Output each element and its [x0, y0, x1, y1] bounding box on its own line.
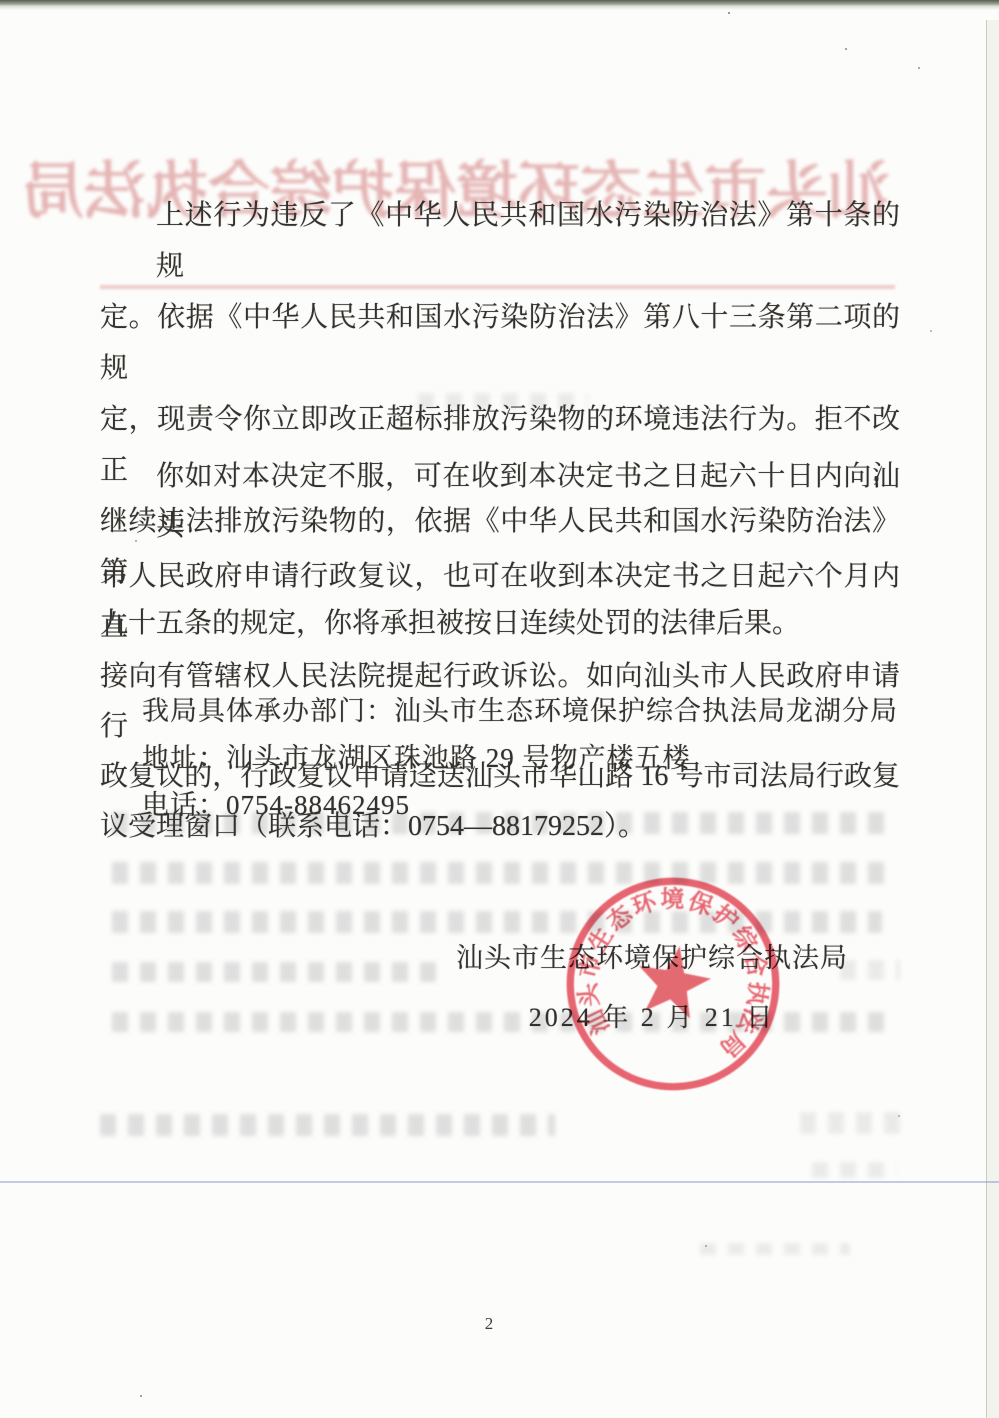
bleedthrough-text-smudge [800, 1112, 905, 1134]
bleedthrough-text-smudge [112, 862, 894, 884]
text-line: 你如对本决定不服，可在收到本决定书之日起六十日内向汕头 [100, 452, 900, 552]
official-seal: 汕头市生态环境保护综合执法局 [546, 857, 801, 1112]
address: 地址：汕头市龙湖区珠池路 29 号物产楼五楼 [100, 735, 930, 782]
handling-department: 我局具体承办部门：汕头市生态环境保护综合执法局龙湖分局 [100, 688, 930, 735]
bleedthrough-text-smudge [112, 962, 442, 982]
text-line: 上述行为违反了《中华人民共和国水污染防治法》第十条的规 [100, 190, 900, 292]
seal-graphic: 汕头市生态环境保护综合执法局 [546, 857, 801, 1112]
text-line: 定。依据《中华人民共和国水污染防治法》第八十三条第二项的规 [100, 292, 900, 394]
phone-number: 电话：0754-88462495 [100, 782, 930, 829]
paper-right-edge [986, 20, 999, 1418]
bleedthrough-text-smudge [700, 1243, 850, 1255]
bleedthrough-text-smudge [100, 1114, 555, 1136]
notebook-rule-line [0, 1181, 999, 1183]
page-number: 2 [474, 1314, 504, 1334]
bleedthrough-text-smudge [812, 1162, 897, 1178]
seal-star-icon [632, 940, 716, 1021]
text-line: 市人民政府申请行政复议，也可在收到本决定书之日起六个月内直 [100, 552, 900, 652]
paragraph-contact-info: 我局具体承办部门：汕头市生态环境保护综合执法局龙湖分局 地址：汕头市龙湖区珠池路… [100, 688, 930, 829]
scanned-document-page: 汕头市生态环境保护综合执法局 上述行为违反了《中华人民共和国水污染防治法》第十条… [0, 0, 999, 1418]
scan-speckles [728, 12, 730, 14]
scan-top-edge [0, 0, 999, 10]
